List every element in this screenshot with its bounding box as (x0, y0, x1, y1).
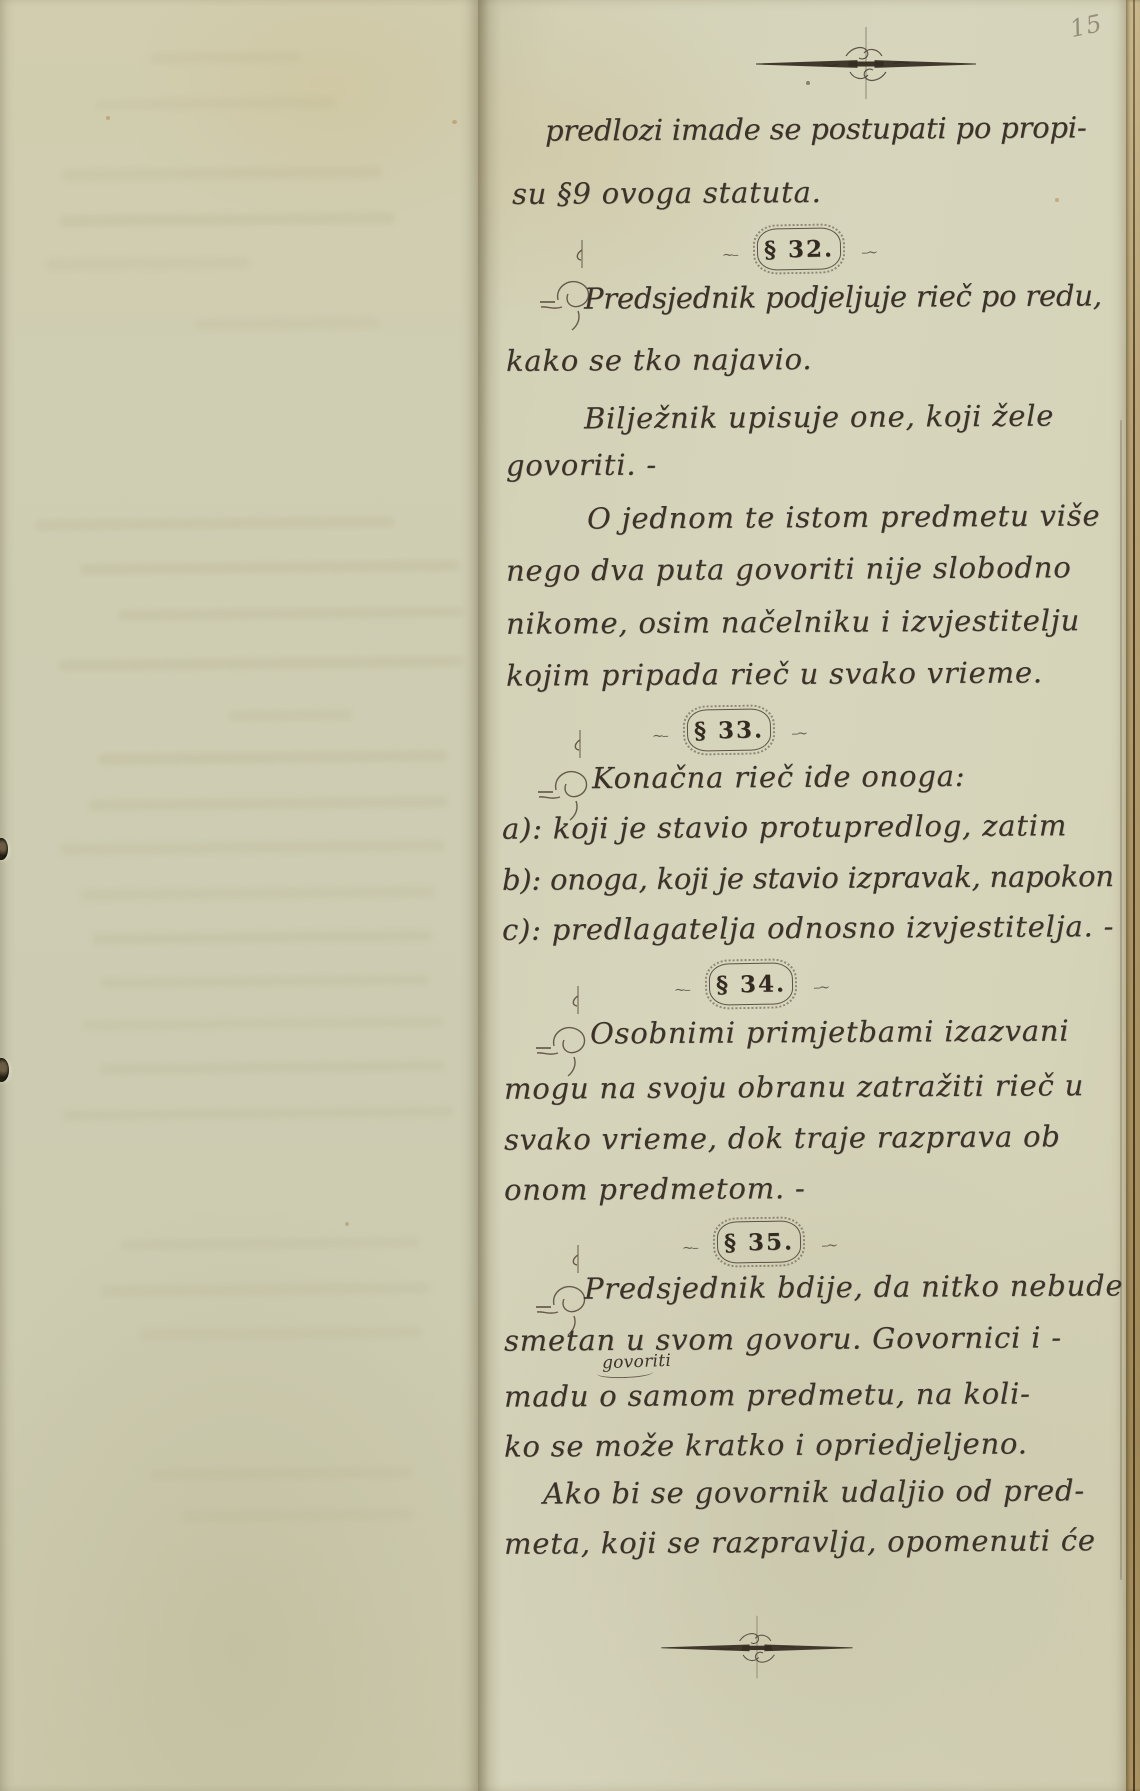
ghost-text-line (100, 1060, 445, 1075)
manuscript-line: Predsjednik bdije, da nitko nebude (584, 1268, 1124, 1305)
ghost-text-line (62, 166, 382, 180)
ghost-text-line (60, 212, 395, 227)
ghost-text-line (120, 1236, 420, 1250)
ink-dot (806, 81, 810, 85)
ghost-text-line (80, 560, 460, 575)
ghost-text-line (100, 1282, 430, 1296)
ghost-text-line (98, 750, 448, 765)
ghost-text-line (140, 1327, 422, 1341)
ghost-text-line (80, 886, 435, 901)
manuscript-line: madu o samom predmetu, na koli- (504, 1376, 1031, 1413)
ghost-text-line (35, 516, 395, 531)
manuscript-line: mogu na svoju obranu zatražiti rieč u (504, 1068, 1084, 1106)
manuscript-line: nego dva puta govoriti nije slobodno (506, 550, 1072, 587)
manuscript-line: smetan u svom govoru. Govornici i - (504, 1320, 1062, 1357)
manuscript-line: Bilježnik upisuje one, koji žele (584, 399, 1054, 436)
section-heading: § 33. (694, 716, 765, 744)
ghost-text-line (60, 840, 445, 855)
divider-ornament-icon (751, 25, 981, 101)
section-heading: § 34. (716, 970, 787, 998)
manuscript-line: govoriti. - (506, 448, 657, 483)
manuscript-line: Osobnimi primjetbami izazvani (590, 1014, 1070, 1051)
fox-spot (1055, 198, 1059, 202)
ghost-text-line (92, 930, 432, 945)
manuscript-line: meta, koji se razpravlja, opomenuti će (504, 1523, 1096, 1561)
under-page-edge (1120, 420, 1122, 1580)
manuscript-line: Predsjednik podjeljuje rieč po redu, (584, 278, 1102, 315)
ghost-text-line (195, 317, 380, 330)
page-fore-edge (1126, 0, 1140, 1791)
ghost-text-line (95, 97, 335, 111)
manuscript-line: nikome, osim načelniku i izvjestitelju (506, 603, 1080, 641)
section-cartouche: § 32. (757, 227, 842, 270)
ghost-text-line (228, 709, 353, 721)
ghost-text-line (82, 1016, 444, 1031)
manuscript-line: su §9 ovoga statuta. (512, 175, 822, 211)
section-cartouche: § 34. (709, 962, 794, 1005)
manuscript-line: predlozi imade se postupati po propi- (545, 110, 1087, 147)
ghost-text-line (62, 1106, 454, 1121)
manuscript-line: O jednom te istom predmetu više (587, 498, 1101, 535)
ghost-text-line (88, 796, 448, 811)
ghost-text-line (100, 974, 430, 988)
ghost-text-line (182, 1509, 414, 1522)
fox-spot (106, 116, 110, 120)
manuscript-line: kako se tko najavio. (506, 342, 813, 378)
manuscript-line: b): onoga, koji je stavio izpravak, napo… (502, 859, 1114, 897)
section-heading: § 35. (724, 1228, 795, 1256)
section-cartouche: § 35. (717, 1220, 802, 1263)
ghost-text-line (45, 257, 250, 270)
section-heading: § 32. (764, 235, 835, 263)
fox-spot (452, 120, 457, 124)
manuscript-line: onom predmetom. - (504, 1171, 806, 1207)
manuscript-photo: 15 predlozi imade se postupati po propi-… (0, 0, 1140, 1791)
manuscript-line: kojim pripada rieč u svako vrieme. (506, 655, 1043, 692)
ghost-text-line (58, 656, 463, 671)
manuscript-line: ko se može kratko i opriedjeljeno. (504, 1426, 1028, 1463)
page-crease (478, 0, 502, 1791)
manuscript-line: c): predlagatelja odnosno izvjestitelja.… (502, 909, 1114, 947)
manuscript-line: Ako bi se govornik udaljio od pred- (543, 1473, 1085, 1510)
ghost-text-line (150, 51, 300, 64)
manuscript-line: a): koji je stavio protupredlog, zatim (502, 808, 1067, 845)
left-page (0, 0, 478, 1791)
fox-spot (345, 1222, 349, 1226)
section-cartouche: § 33. (687, 708, 772, 751)
ghost-text-line (118, 606, 463, 621)
ghost-text-line (150, 1467, 412, 1481)
divider-ornament-icon (657, 1612, 857, 1682)
manuscript-line: svako vrieme, dok traje razprava ob (504, 1119, 1061, 1156)
manuscript-line: Konačna rieč ide onoga: (592, 759, 966, 795)
